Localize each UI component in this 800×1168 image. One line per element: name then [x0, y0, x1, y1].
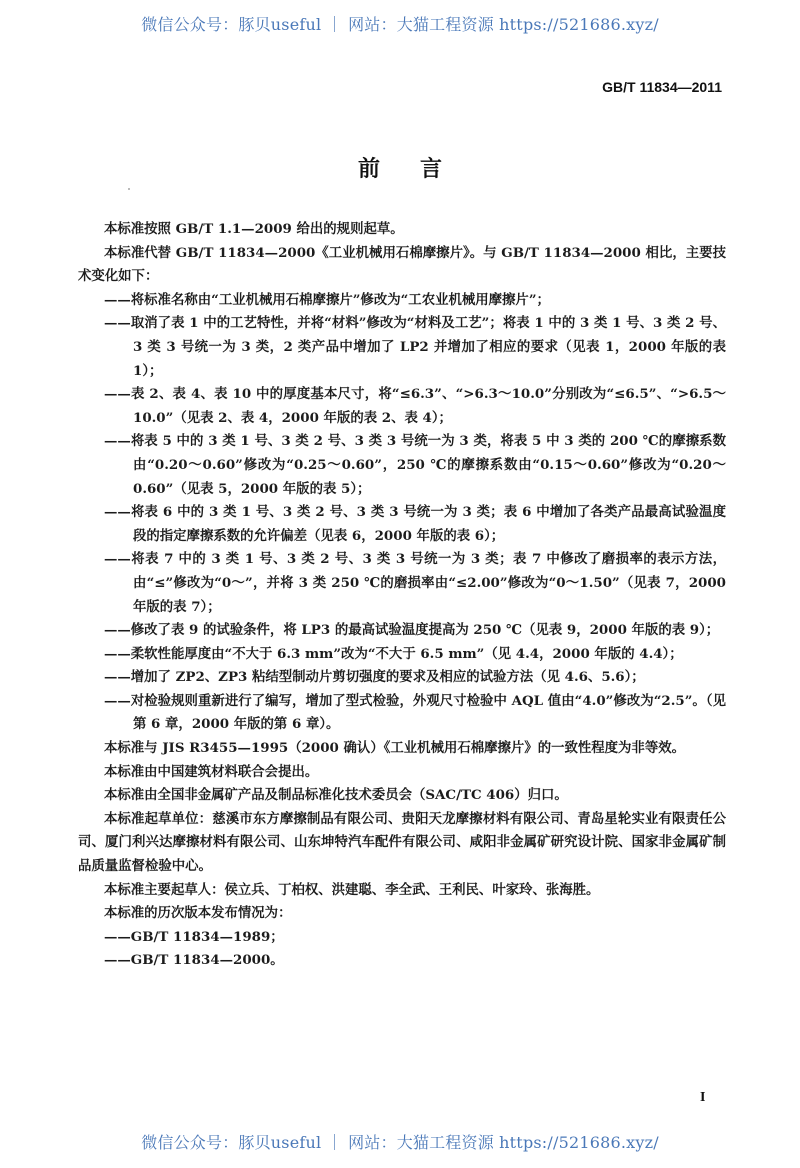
change-item: ——取消了表 1 中的工艺特性，并将“材料”修改为“材料及工艺”；将表 1 中的…	[78, 312, 726, 383]
page-title: 前言	[0, 152, 800, 183]
change-item: ——将表 5 中的 3 类 1 号、3 类 2 号、3 类 3 号统一为 3 类…	[78, 430, 726, 501]
standard-code: GB/T 11834—2011	[602, 79, 722, 95]
paragraph: 本标准按照 GB/T 1.1—2009 给出的规则起草。	[78, 218, 726, 242]
paragraph: 本标准起草单位：慈溪市东方摩擦制品有限公司、贵阳天龙摩擦材料有限公司、青岛星轮实…	[78, 808, 726, 879]
paragraph: 本标准与 JIS R3455—1995（2000 确认）《工业机械用石棉摩擦片》…	[78, 737, 726, 761]
watermark-top: 微信公众号：豚贝useful ｜ 网站：大猫工程资源 https://52168…	[0, 12, 800, 35]
change-item: ——对检验规则重新进行了编写，增加了型式检验，外观尺寸检验中 AQL 值由“4.…	[78, 690, 726, 737]
history-item: ——GB/T 11834—1989；	[78, 926, 726, 950]
scan-speck	[128, 188, 130, 190]
change-item: ——将表 7 中的 3 类 1 号、3 类 2 号、3 类 3 号统一为 3 类…	[78, 548, 726, 619]
paragraph: 本标准由全国非金属矿产品及制品标准化技术委员会（SAC/TC 406）归口。	[78, 784, 726, 808]
change-item: ——修改了表 9 的试验条件，将 LP3 的最高试验温度提高为 250 ℃（见表…	[78, 619, 726, 643]
change-item: ——表 2、表 4、表 10 中的厚度基本尺寸，将“≤6.3”、“>6.3～10…	[78, 383, 726, 430]
paragraph: 本标准的历次版本发布情况为：	[78, 902, 726, 926]
paragraph: 本标准主要起草人：侯立兵、丁柏权、洪建聪、李全武、王利民、叶家玲、张海胜。	[78, 879, 726, 903]
page-number: I	[700, 1090, 705, 1106]
foreword-body: 本标准按照 GB/T 1.1—2009 给出的规则起草。 本标准代替 GB/T …	[78, 218, 726, 973]
paragraph: 本标准由中国建筑材料联合会提出。	[78, 761, 726, 785]
watermark-bottom: 微信公众号：豚贝useful ｜ 网站：大猫工程资源 https://52168…	[0, 1130, 800, 1153]
change-item: ——增加了 ZP2、ZP3 粘结型制动片剪切强度的要求及相应的试验方法（见 4.…	[78, 666, 726, 690]
paragraph: 本标准代替 GB/T 11834—2000《工业机械用石棉摩擦片》。与 GB/T…	[78, 242, 726, 289]
change-item: ——将标准名称由“工业机械用石棉摩擦片”修改为“工农业机械用摩擦片”；	[78, 289, 726, 313]
history-item: ——GB/T 11834—2000。	[78, 949, 726, 973]
change-item: ——将表 6 中的 3 类 1 号、3 类 2 号、3 类 3 号统一为 3 类…	[78, 501, 726, 548]
change-item: ——柔软性能厚度由“不大于 6.3 mm”改为“不大于 6.5 mm”（见 4.…	[78, 643, 726, 667]
